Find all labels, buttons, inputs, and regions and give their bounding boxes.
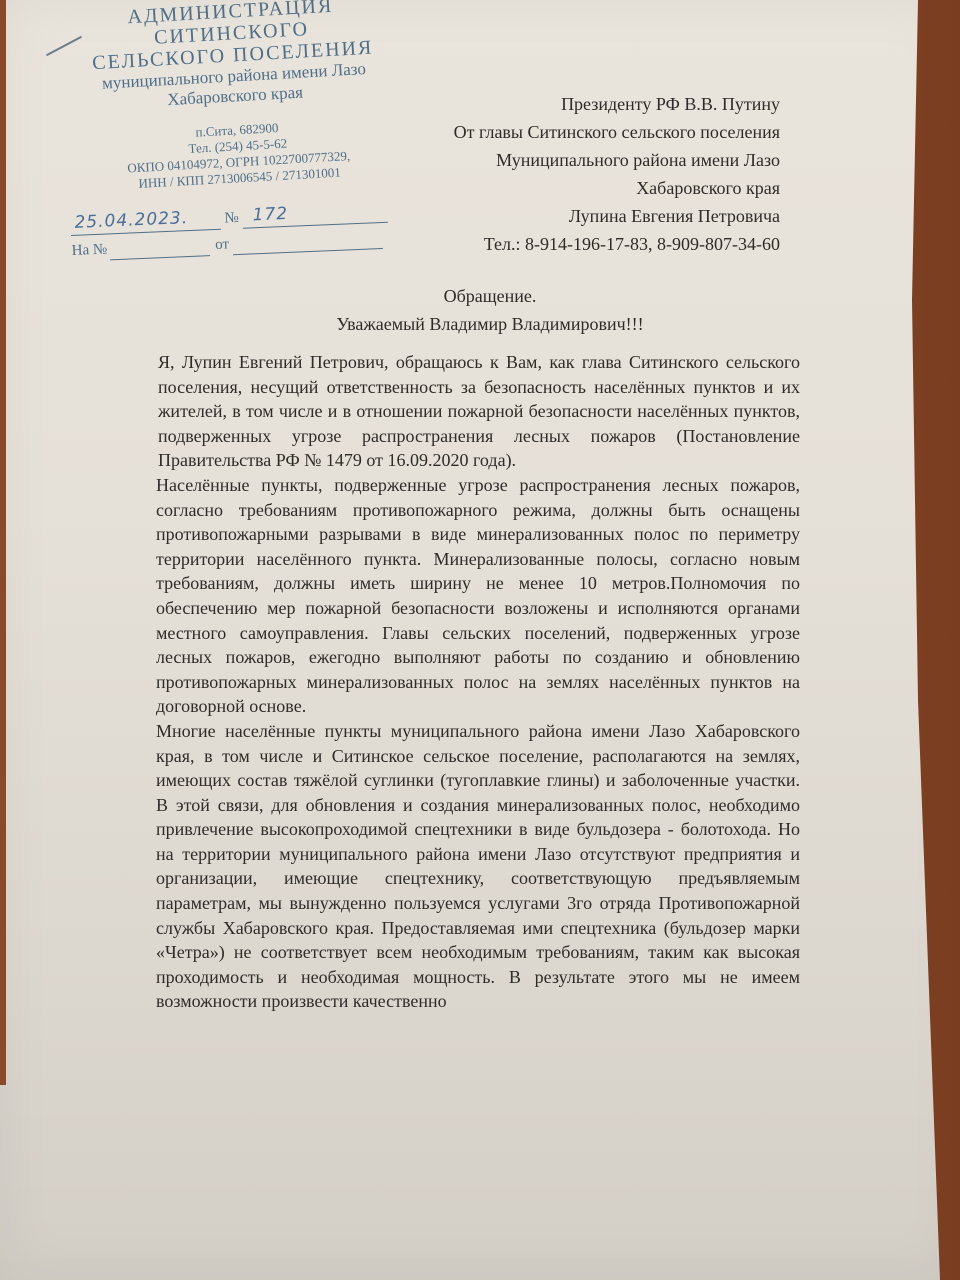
ref-number-label: На № [71,241,107,259]
salutation: Уважаемый Владимир Владимирович!!! [140,314,840,335]
number-label: № [224,210,239,228]
addressee-block: Президенту РФ В.В. Путину От главы Ситин… [454,90,780,258]
date-handwritten: 25.04.2023. [74,208,188,233]
number-handwritten: 172 [252,204,288,225]
addressee-name: Лупина Евгения Петровича [454,202,780,230]
desk-edge-left [0,0,6,1085]
body-paragraph-1: Я, Лупин Евгений Петрович, обращаюсь к В… [156,350,800,473]
addressee-phones: Тел.: 8-914-196-17-83, 8-909-807-34-60 [454,230,780,258]
ref-number-field [109,233,210,260]
addressee-sender: От главы Ситинского сельского поселения [454,118,780,146]
addressee-district: Муниципального района имени Лазо [454,146,780,174]
document-title: Обращение. [140,286,840,307]
ref-from-label: от [215,236,230,254]
body-paragraph-2: Населённые пункты, подверженные угрозе р… [156,473,800,719]
letter-body: Я, Лупин Евгений Петрович, обращаюсь к В… [156,350,800,1014]
photo-scene: АДМИНИСТРАЦИЯ СИТИНСКОГО СЕЛЬСКОГО ПОСЕЛ… [0,0,960,1280]
addressee-region: Хабаровского края [454,174,780,202]
body-paragraph-3: Многие населённые пункты муниципального … [156,719,800,1014]
letterhead-stamp: АДМИНИСТРАЦИЯ СИТИНСКОГО СЕЛЬСКОГО ПОСЕЛ… [60,0,410,196]
addressee-recipient: Президенту РФ В.В. Путину [454,90,780,118]
